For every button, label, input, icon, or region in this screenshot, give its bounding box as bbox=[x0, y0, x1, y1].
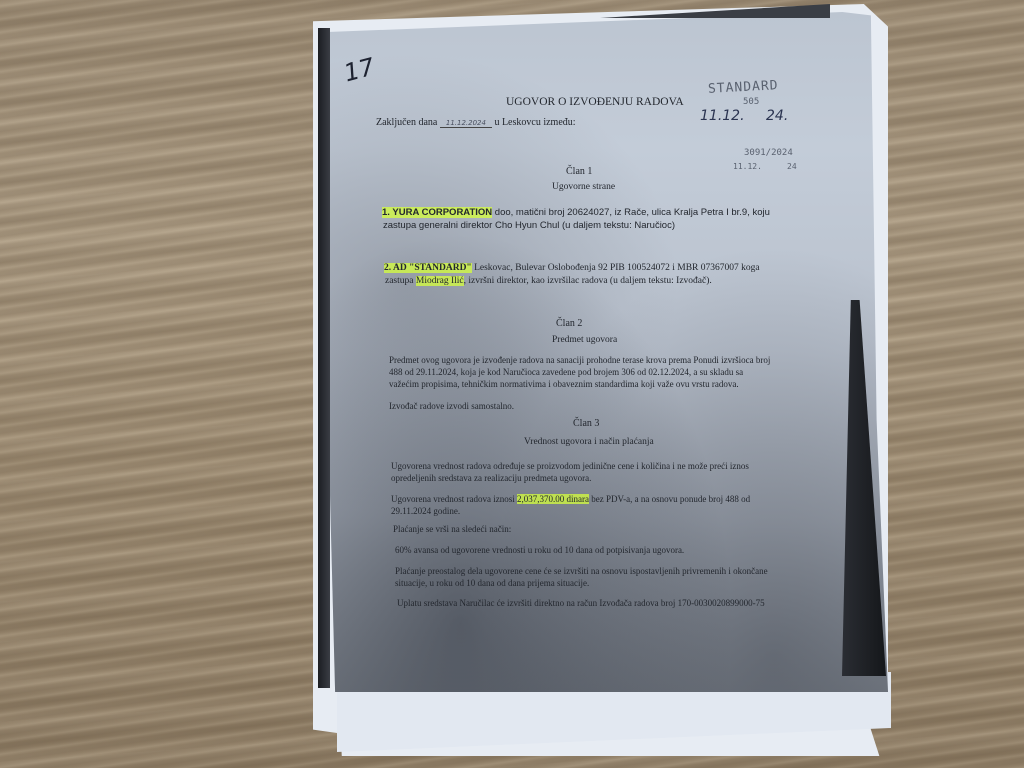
party-2-rep-prefix: zastupa bbox=[385, 276, 416, 286]
stamp-ref: 3091/2024 bbox=[744, 148, 793, 158]
contract-value-suffix: bez PDV-a, a na osnovu ponude broj 488 o… bbox=[589, 494, 750, 504]
party-2-details: Leskovac, Bulevar Oslobođenja 92 PIB 100… bbox=[472, 263, 760, 273]
party-1-name: YURA CORPORATION bbox=[392, 207, 492, 218]
article-2-para-line-3: važećim propisima, tehničkim normativima… bbox=[389, 379, 739, 389]
contract-value-amount: 2,037,370.00 dinara bbox=[517, 494, 589, 504]
concluded-prefix: Zaključen dana bbox=[376, 117, 437, 128]
payment-remaining-line-1: Plaćanje preostalog dela ugovorene cene … bbox=[395, 566, 768, 576]
article-2-heading: Član 2 bbox=[556, 318, 582, 329]
article-2-para-line-1: Predmet ovog ugovora je izvođenje radova… bbox=[389, 355, 770, 365]
party-1-number: 1. bbox=[382, 207, 390, 218]
contract-value-line: Ugovorena vrednost radova iznosi 2,037,3… bbox=[391, 494, 750, 504]
contract-value-line-2: 29.11.2024 godine. bbox=[391, 506, 460, 516]
payment-advance: 60% avansa od ugovorene vrednosti u roku… bbox=[395, 545, 684, 555]
party-2-line-2: zastupa Miodrag Ilić, izvršni direktor, … bbox=[385, 276, 712, 286]
concluded-suffix: u Leskovcu između: bbox=[494, 117, 575, 128]
contract-document: 17 UGOVOR O IZVOĐENJU RADOVA Zaključen d… bbox=[0, 0, 1024, 768]
document-title: UGOVOR O IZVOĐENJU RADOVA bbox=[506, 96, 684, 108]
concluded-line: Zaključen dana 11.12.2024 u Leskovcu izm… bbox=[376, 117, 576, 128]
article-2-subheading: Predmet ugovora bbox=[552, 335, 617, 345]
party-2-name: AD "STANDARD" bbox=[393, 263, 472, 273]
article-3-para-line-2: opredeljenih sredstava za realizaciju pr… bbox=[391, 473, 591, 483]
stamp-date: 11.12. bbox=[700, 108, 745, 124]
payment-remaining-line-2: situacije, u roku od 10 dana od dana pri… bbox=[395, 578, 589, 588]
article-3-heading: Član 3 bbox=[573, 418, 599, 429]
article-3-subheading: Vrednost ugovora i način plaćanja bbox=[524, 437, 654, 447]
article-2-para-line-2: 488 od 29.11.2024, koja je kod Naručioca… bbox=[389, 367, 743, 377]
party-2-rep-name: Miodrag Ilić bbox=[416, 276, 464, 286]
party-1-line-1: 1. YURA CORPORATION doo, matični broj 20… bbox=[382, 207, 770, 218]
concluded-date: 11.12.2024 bbox=[440, 119, 492, 128]
party-1-details: doo, matični broj 20624027, iz Rače, uli… bbox=[492, 207, 770, 218]
payment-intro: Plaćanje se vrši na sledeći način: bbox=[393, 524, 511, 534]
stamp-second-year: 24 bbox=[787, 162, 797, 171]
party-2-rep-suffix: , izvršni direktor, kao izvršilac radova… bbox=[464, 276, 712, 286]
payment-account: Uplatu sredstava Naručilac će izvršiti d… bbox=[397, 598, 765, 608]
handwritten-mark: 17 bbox=[341, 53, 378, 88]
stamp-name: STANDARD bbox=[708, 78, 779, 97]
stamp-number: 505 bbox=[743, 97, 759, 107]
article-3-para-line-1: Ugovorena vrednost radova određuje se pr… bbox=[391, 461, 749, 471]
party-2-line-1: 2. AD "STANDARD" Leskovac, Bulevar Oslob… bbox=[384, 263, 760, 273]
article-1-heading: Član 1 bbox=[566, 166, 592, 177]
contract-value-prefix: Ugovorena vrednost radova iznosi bbox=[391, 494, 517, 504]
stamp-second-date: 11.12. bbox=[733, 162, 762, 171]
article-2-para-line-4: Izvođač radove izvodi samostalno. bbox=[389, 401, 514, 411]
stamp-year: 24. bbox=[766, 108, 788, 124]
party-1-line-2: zastupa generalni direktor Cho Hyun Chul… bbox=[383, 220, 675, 231]
article-1-subheading: Ugovorne strane bbox=[552, 182, 615, 192]
